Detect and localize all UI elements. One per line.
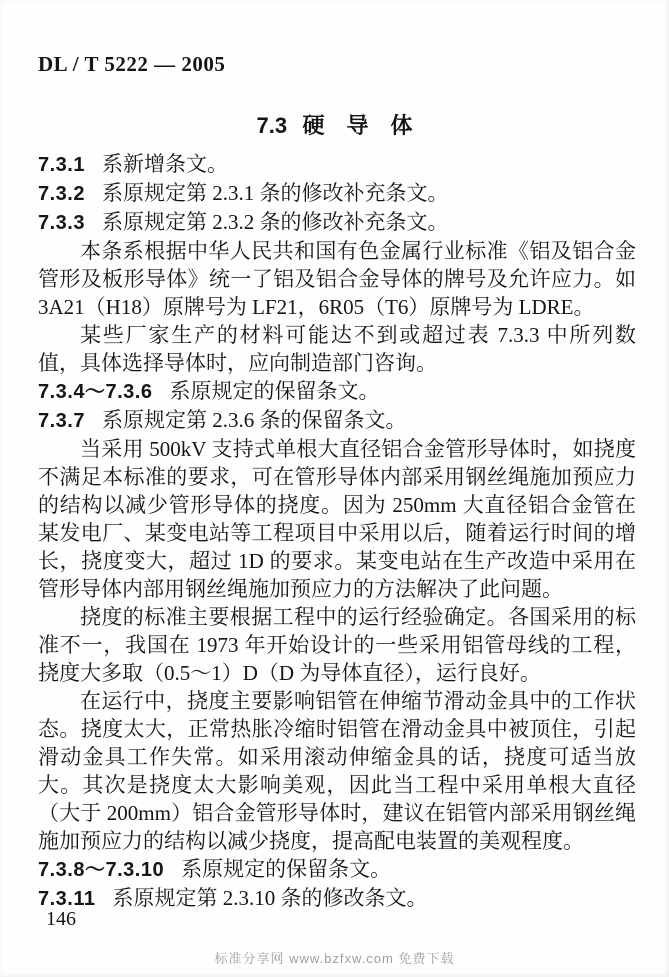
clause-7-3-8-to-7-3-10: 7.3.8～7.3.10系原规定的保留条文。: [38, 855, 636, 884]
paragraph-500kv-tube-conductor: 当采用 500kV 支持式单根大直径铝合金管形导体时，如挠度不满足本标准的要求，…: [38, 435, 636, 603]
paragraph-deflection-standard: 挠度的标准主要根据工程中的运行经验确定。各国采用的标准不一，我国在 1973 年…: [38, 603, 636, 687]
clause-text: 系原规定的保留条文。: [181, 857, 391, 881]
clause-text: 系原规定第 2.3.6 条的保留条文。: [102, 408, 407, 432]
clause-7-3-11: 7.3.11系原规定第 2.3.10 条的修改条文。: [38, 884, 636, 913]
clause-number: 7.3.8～7.3.10: [38, 859, 164, 881]
clause-7-3-7: 7.3.7系原规定第 2.3.6 条的保留条文。: [38, 406, 636, 435]
clause-number: 7.3.11: [38, 888, 96, 910]
clause-7-3-2: 7.3.2系原规定第 2.3.1 条的修改补充条文。: [38, 179, 636, 208]
standard-number-header: DL / T 5222 — 2005: [38, 52, 225, 77]
clause-number: 7.3.3: [38, 212, 85, 234]
paragraph-deflection-operation: 在运行中，挠度主要影响铝管在伸缩节滑动金具中的工作状态。挠度太大，正常热胀冷缩时…: [38, 687, 636, 855]
clause-number: 7.3.4～7.3.6: [38, 381, 152, 403]
clause-text: 系原规定第 2.3.10 条的修改条文。: [113, 886, 428, 910]
clause-7-3-4-to-7-3-6: 7.3.4～7.3.6系原规定的保留条文。: [38, 377, 636, 406]
section-number: 7.3: [257, 113, 288, 138]
section-title: 7.3硬 导 体: [0, 109, 669, 140]
page-number: 146: [46, 908, 76, 931]
document-page: DL / T 5222 — 2005 7.3硬 导 体 7.3.1系新增条文。 …: [0, 0, 669, 977]
clause-number: 7.3.7: [38, 410, 85, 432]
clause-number: 7.3.1: [38, 154, 85, 176]
clause-7-3-1: 7.3.1系新增条文。: [38, 150, 636, 179]
clause-number: 7.3.2: [38, 183, 85, 205]
clause-text: 系新增条文。: [102, 152, 228, 176]
section-name: 硬 导 体: [302, 113, 412, 138]
paragraph-standard-basis: 本条系根据中华人民共和国有色金属行业标准《铝及铝合金管形及板形导体》统一了铝及铝…: [38, 237, 636, 321]
clause-7-3-3: 7.3.3系原规定第 2.3.2 条的修改补充条文。: [38, 208, 636, 237]
body-text: 7.3.1系新增条文。 7.3.2系原规定第 2.3.1 条的修改补充条文。 7…: [38, 150, 636, 913]
clause-text: 系原规定的保留条文。: [169, 379, 379, 403]
watermark-text: 标准分享网 www.bzfxw.com 免费下载: [0, 948, 669, 967]
paragraph-manufacturer-note: 某些厂家生产的材料可能达不到或超过表 7.3.3 中所列数值，具体选择导体时，应…: [38, 321, 636, 377]
clause-text: 系原规定第 2.3.2 条的修改补充条文。: [102, 210, 449, 234]
clause-text: 系原规定第 2.3.1 条的修改补充条文。: [102, 181, 449, 205]
